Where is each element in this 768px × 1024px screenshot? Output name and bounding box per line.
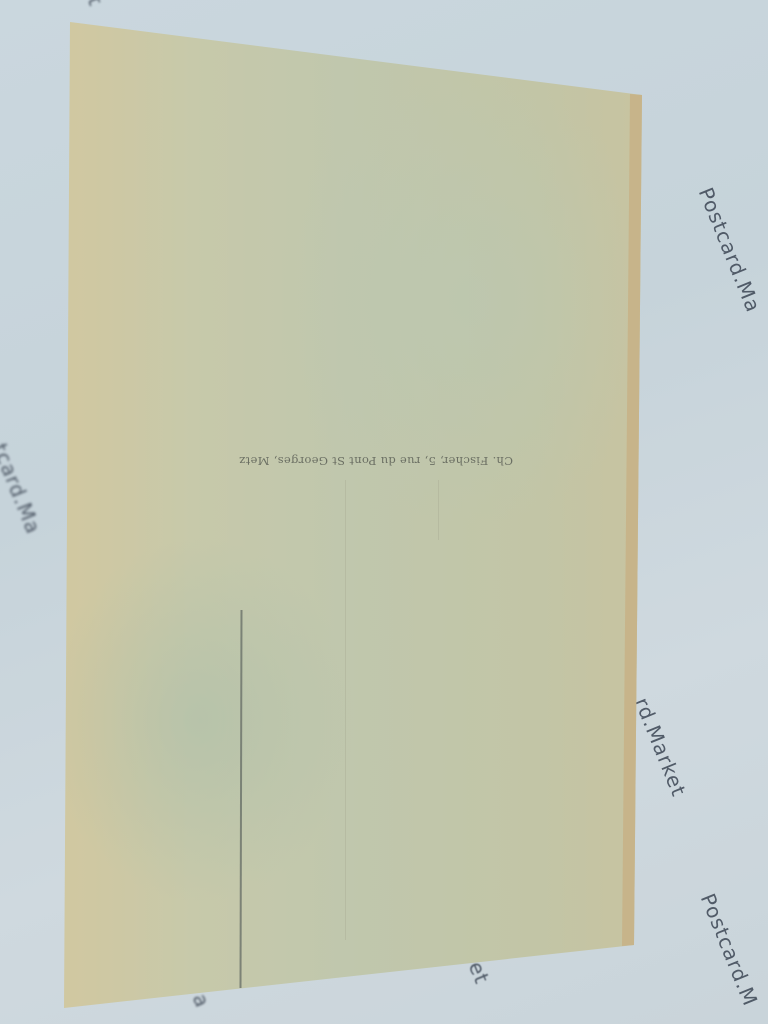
publisher-imprint: Ch. Fischer, 5, rue du Pont St Georges, … bbox=[200, 454, 552, 468]
postcard-border-shadow bbox=[0, 0, 768, 1024]
watermark-text: Postcard.Ma bbox=[694, 184, 766, 316]
faint-address-line bbox=[438, 480, 439, 540]
watermark-text: tcard.Ma bbox=[0, 440, 46, 538]
faint-address-line bbox=[345, 480, 346, 940]
watermark-text: Postcard.M bbox=[696, 890, 763, 1010]
watermark-text: rd.Market bbox=[630, 694, 691, 800]
watermark-text: et bbox=[78, 0, 109, 10]
